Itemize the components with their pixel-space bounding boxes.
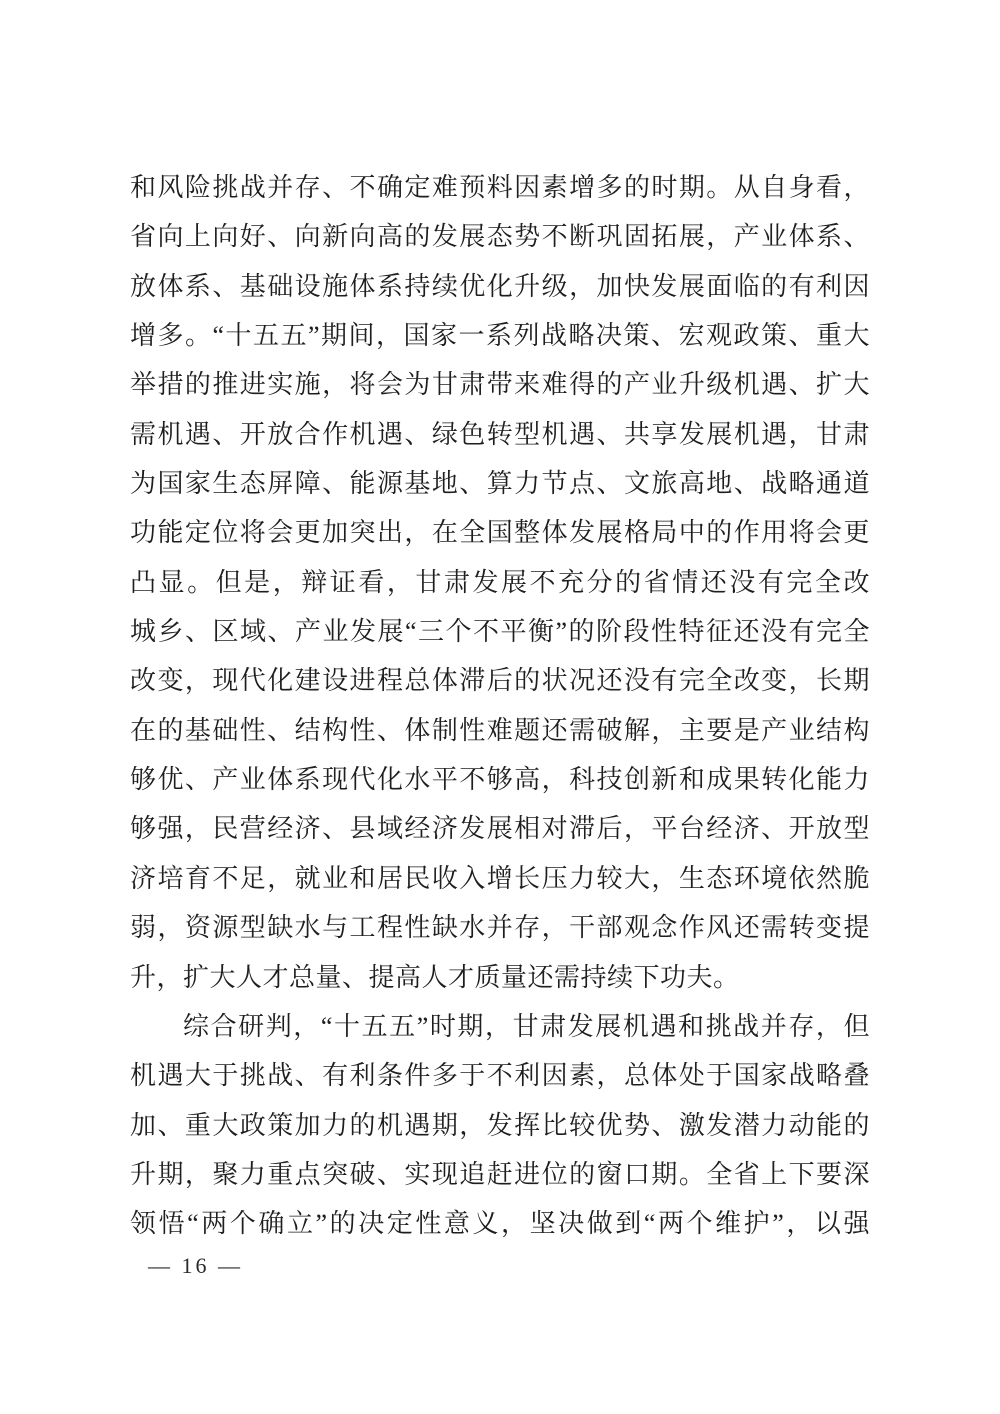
text-line: 功能定位将会更加突出，在全国整体发展格局中的作用将会更加 bbox=[130, 508, 870, 557]
text-line: 需机遇、开放合作机遇、绿色转型机遇、共享发展机遇，甘肃作 bbox=[130, 410, 870, 459]
text-line: 升期，聚力重点突破、实现追赶进位的窗口期。全省上下要深刻 bbox=[130, 1150, 870, 1199]
text-line: 机遇大于挑战、有利条件多于不利因素，总体处于国家战略叠 bbox=[130, 1051, 870, 1100]
text-line: 够优、产业体系现代化水平不够高，科技创新和成果转化能力不 bbox=[130, 755, 870, 804]
text-block: 和风险挑战并存、不确定难预料因素增多的时期。从自身看，我 省向上向好、向新向高的… bbox=[130, 163, 870, 1249]
text-line: 省向上向好、向新向高的发展态势不断巩固拓展，产业体系、开 bbox=[130, 212, 870, 261]
document-page: 和风险挑战并存、不确定难预料因素增多的时期。从自身看，我 省向上向好、向新向高的… bbox=[0, 0, 1000, 1414]
text-line paragraph-end: 升，扩大人才总量、提高人才质量还需持续下功夫。 bbox=[130, 953, 870, 1002]
text-line: 够强，民营经济、县域经济发展相对滞后，平台经济、开放型经 bbox=[130, 804, 870, 853]
text-line: 为国家生态屏障、能源基地、算力节点、文旅高地、战略通道的 bbox=[130, 459, 870, 508]
text-line: 领悟“两个确立”的决定性意义，坚决做到“两个维护”，以强 bbox=[130, 1199, 870, 1248]
text-line: 放体系、基础设施体系持续优化升级，加快发展面临的有利因素 bbox=[130, 262, 870, 311]
text-line: 增多。“十五五”期间，国家一系列战略决策、宏观政策、重大 bbox=[130, 311, 870, 360]
text-line: 济培育不足，就业和居民收入增长压力较大，生态环境依然脆 bbox=[130, 854, 870, 903]
text-line: 改变，现代化建设进程总体滞后的状况还没有完全改变，长期存 bbox=[130, 656, 870, 705]
page-number: — 16 — bbox=[148, 1249, 243, 1283]
text-line: 在的基础性、结构性、体制性难题还需破解，主要是产业结构不 bbox=[130, 706, 870, 755]
text-line: 和风险挑战并存、不确定难预料因素增多的时期。从自身看，我 bbox=[130, 163, 870, 212]
text-line: 举措的推进实施，将会为甘肃带来难得的产业升级机遇、扩大内 bbox=[130, 360, 870, 409]
text-line paragraph-start: 综合研判，“十五五”时期，甘肃发展机遇和挑战并存，但 bbox=[130, 1002, 870, 1051]
text-line: 凸显。但是，辩证看，甘肃发展不充分的省情还没有完全改变， bbox=[130, 558, 870, 607]
text-line: 加、重大政策加力的机遇期，发挥比较优势、激发潜力动能的上 bbox=[130, 1101, 870, 1150]
text-line: 城乡、区域、产业发展“三个不平衡”的阶段性特征还没有完全 bbox=[130, 607, 870, 656]
text-line: 弱，资源型缺水与工程性缺水并存，干部观念作风还需转变提 bbox=[130, 903, 870, 952]
